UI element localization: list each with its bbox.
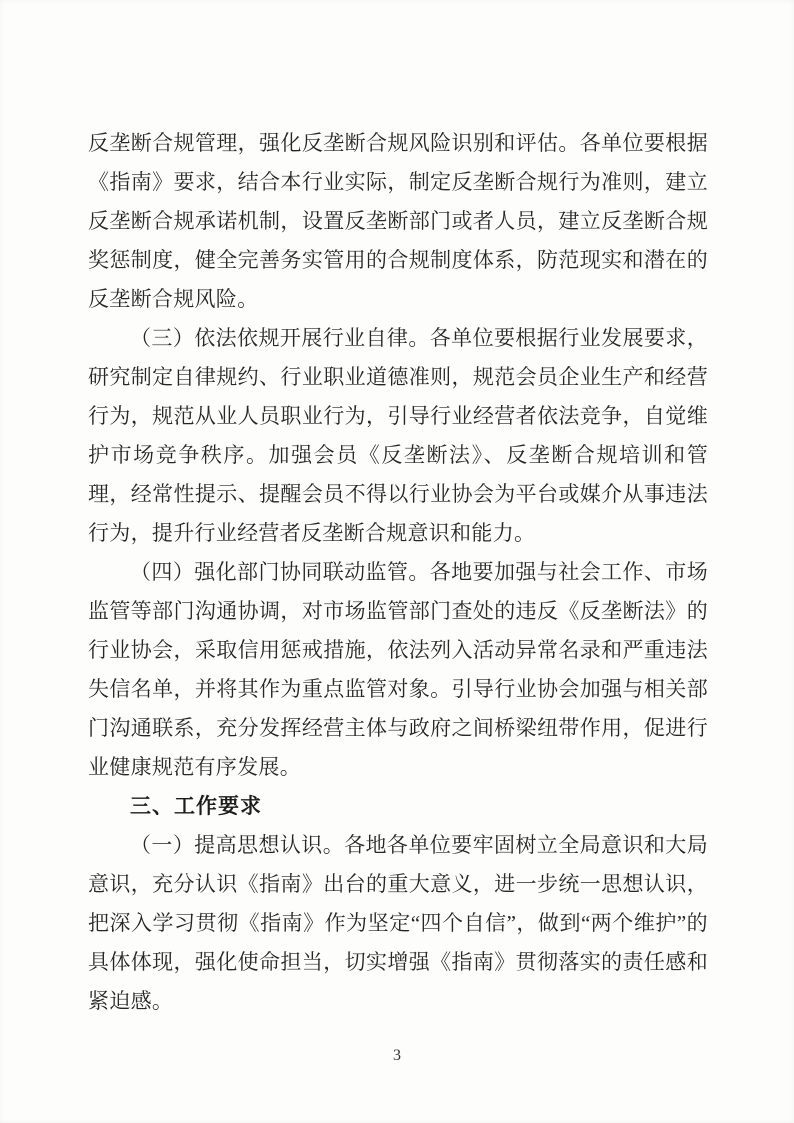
paragraph-item-four: （四）强化部门协同联动监管。各地要加强与社会工作、市场监管等部门沟通协调，对市场… xyxy=(88,553,708,787)
document-page: 反垄断合规管理，强化反垄断合规风险识别和评估。各单位要根据《指南》要求，结合本行… xyxy=(0,0,794,1123)
section-heading-work-requirements: 三、工作要求 xyxy=(88,787,708,826)
paragraph-item-three: （三）依法依规开展行业自律。各单位要根据行业发展要求，研究制定自律规约、行业职业… xyxy=(88,319,708,553)
page-footer: 3 xyxy=(0,1047,794,1065)
document-text-block: 反垄断合规管理，强化反垄断合规风险识别和评估。各单位要根据《指南》要求，结合本行… xyxy=(88,124,708,1021)
page-number: 3 xyxy=(393,1047,401,1064)
paragraph-continuation: 反垄断合规管理，强化反垄断合规风险识别和评估。各单位要根据《指南》要求，结合本行… xyxy=(88,124,708,319)
paragraph-item-one: （一）提高思想认识。各地各单位要牢固树立全局意识和大局意识，充分认识《指南》出台… xyxy=(88,826,708,1021)
